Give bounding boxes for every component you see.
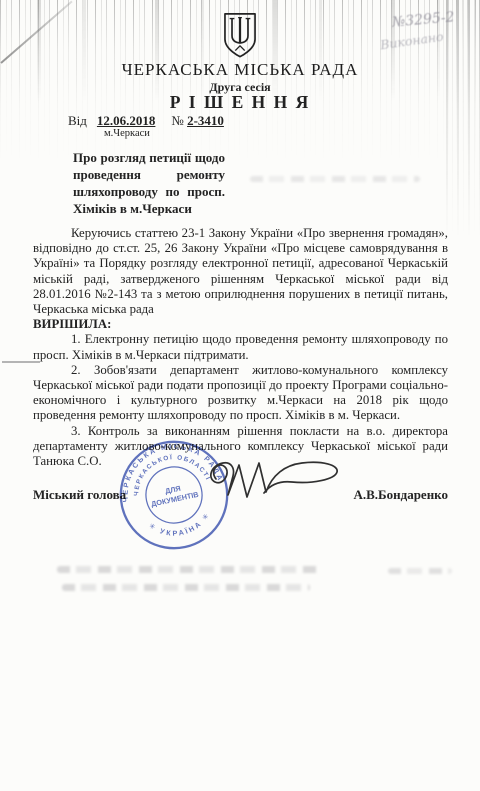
document-type-title: Р І Ш Е Н Н Я <box>0 92 480 113</box>
ukraine-trident-emblem-icon <box>221 12 259 64</box>
handwritten-registration-number: №3295-2 <box>391 9 455 30</box>
resolution-item: 1. Електронну петицію щодо проведення ре… <box>33 332 448 362</box>
corner-crease-line <box>0 1 72 64</box>
bleedthrough-line <box>250 176 420 182</box>
signatory-name: А.В.Бондаренко <box>353 487 448 503</box>
handwritten-note: Виконано <box>379 29 444 53</box>
scanned-document-page: №3295-2 Виконано ЧЕРКАСЬКА МІСЬКА РАДА Д… <box>0 0 480 791</box>
from-label: Від <box>68 113 87 128</box>
document-number: 2-3410 <box>187 113 224 128</box>
ink-signature-scribble <box>200 441 345 518</box>
resolution-item: 2. Зобов'язати департамент житлово-комун… <box>33 363 448 424</box>
bleedthrough-line <box>57 566 319 573</box>
number-label: № <box>171 113 183 128</box>
bleedthrough-line <box>62 584 310 591</box>
bleedthrough-line <box>388 568 452 574</box>
signatory-position: Міський голова <box>33 487 126 503</box>
city-line: м.Черкаси <box>104 128 150 139</box>
resolved-label: ВИРІШИЛА: <box>33 317 448 332</box>
document-date: 12.06.2018 <box>97 113 156 128</box>
organization-name: ЧЕРКАСЬКА МІСЬКА РАДА <box>0 60 480 80</box>
document-subject: Про розгляд петиції щодо проведення ремо… <box>73 149 225 217</box>
document-body: Керуючись статтею 23-1 Закону України «П… <box>33 226 448 469</box>
document-meta-row: Від12.06.2018№ 2-3410 <box>68 113 224 129</box>
scanner-edge-streaks <box>446 0 480 250</box>
preamble-paragraph: Керуючись статтею 23-1 Закону України «П… <box>33 226 448 317</box>
